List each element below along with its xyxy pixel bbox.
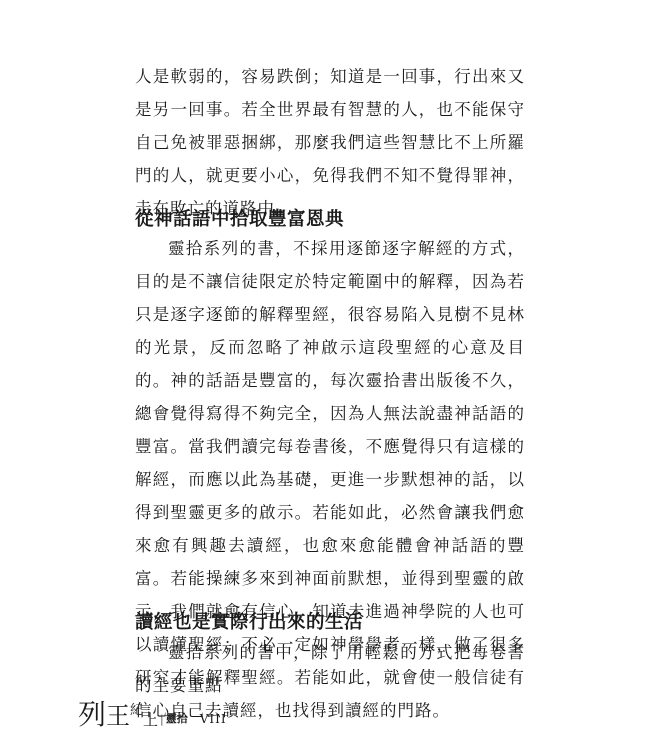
paragraph-living: 靈拾系列的書中，除了用輕鬆的方式把每卷書的主要重點 <box>135 636 525 702</box>
section-heading-grace: 從神話語中拾取豐富恩典 <box>135 205 344 231</box>
book-title-char-3: 紀 <box>130 704 143 718</box>
series-name: 靈拾 <box>166 710 188 726</box>
book-title-char-2: 王 <box>106 702 130 730</box>
section-heading-living: 讀經也是實際行出來的生活 <box>135 608 363 634</box>
paragraph-intro: 人是軟弱的，容易跌倒；知道是一回事，行出來又是另一回事。若全世界最有智慧的人，也… <box>135 60 525 225</box>
book-title-char-1: 列 <box>78 700 106 730</box>
paragraph-intro-block: 人是軟弱的，容易跌倒；知道是一回事，行出來又是另一回事。若全世界最有智慧的人，也… <box>135 60 525 225</box>
book-title-char-4: 上 <box>143 710 158 730</box>
paragraph-living-block: 靈拾系列的書中，除了用輕鬆的方式把每卷書的主要重點 <box>135 636 525 702</box>
footer-separator: | <box>160 713 164 726</box>
page-footer: 列 王 紀 上 | 靈拾 VIII <box>78 700 227 730</box>
page-number: VIII <box>200 712 227 726</box>
